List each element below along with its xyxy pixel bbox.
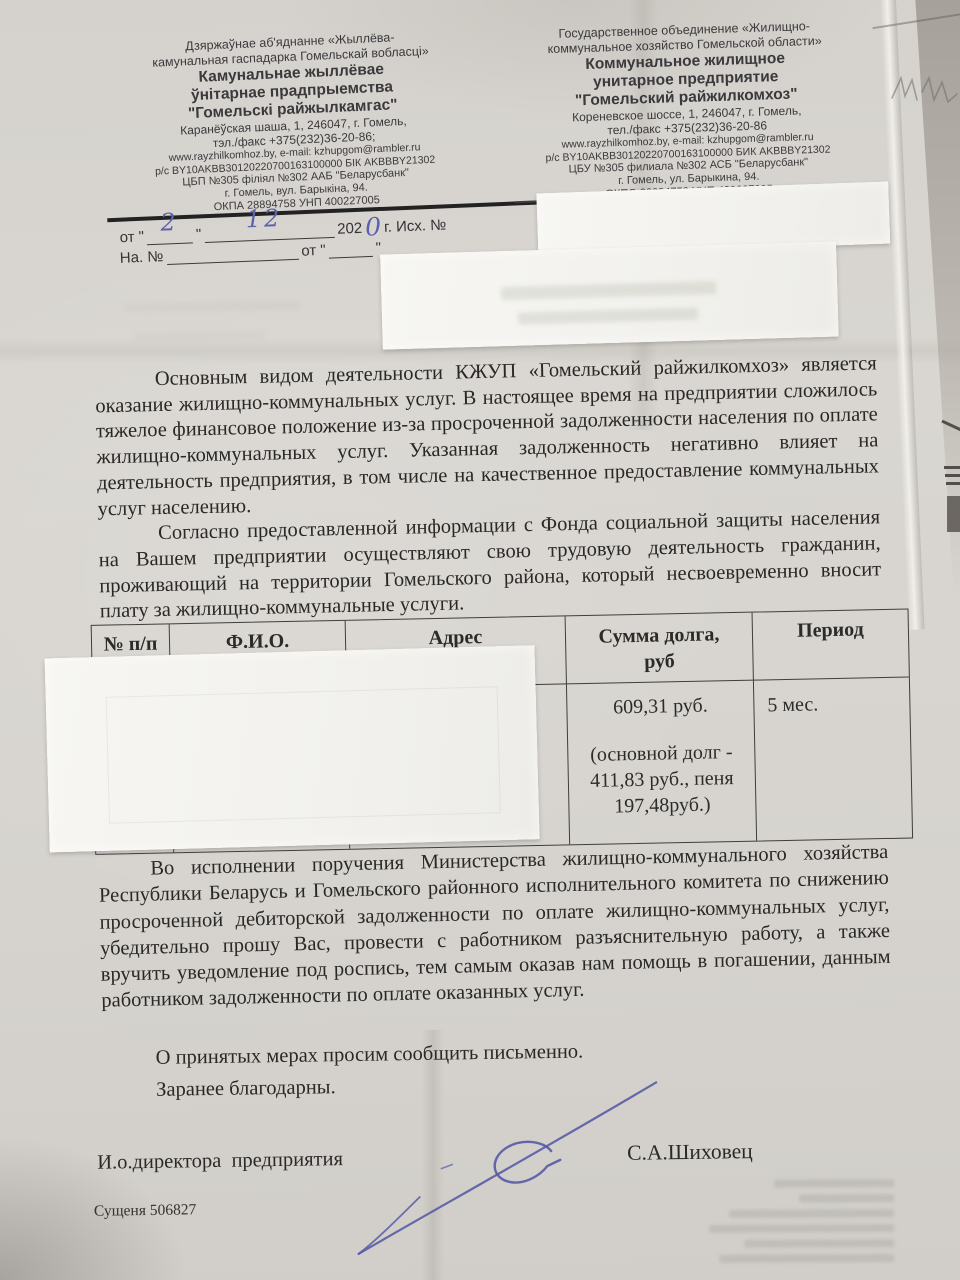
redaction-strip-middle bbox=[380, 242, 839, 350]
showthrough-mark bbox=[774, 1179, 894, 1188]
showthrough-mark bbox=[135, 331, 265, 341]
year-digit-handwritten: 0 bbox=[365, 214, 382, 240]
incoming-number-field bbox=[166, 244, 299, 265]
incoming-date-field bbox=[328, 241, 373, 259]
showthrough-mark bbox=[106, 686, 501, 824]
showthrough-mark bbox=[124, 301, 299, 313]
sum-detail: (основной долг - 411,83 руб., пеня 197,4… bbox=[575, 739, 749, 820]
document-photo: Дзяржаўнае аб'яднанне «Жыллёва- камуналь… bbox=[0, 0, 960, 1280]
date-month-handwritten: 12 bbox=[245, 206, 282, 231]
executor-line: Сущеня 506827 bbox=[94, 1201, 197, 1221]
paragraph: Во исполнении поручения Министерства жил… bbox=[98, 839, 891, 1015]
showthrough-mark bbox=[501, 281, 716, 300]
date-day-handwritten: 2 bbox=[160, 210, 176, 235]
column-header-period: Период bbox=[753, 610, 909, 681]
closing-line: Заранее благодарны. bbox=[156, 1076, 336, 1102]
showthrough-mark bbox=[719, 1254, 894, 1263]
letterhead-belarusian: Дзяржаўнае аб'яднанне «Жыллёва- камуналь… bbox=[102, 27, 484, 219]
date-day-field: 2 bbox=[147, 227, 194, 245]
column-header-sum: Сумма долга, руб bbox=[566, 613, 754, 685]
date-prefix: от " bbox=[301, 242, 326, 260]
letter-sheet: Дзяржаўнае аб'яднанне «Жыллёва- камуналь… bbox=[0, 0, 960, 1280]
paragraph: Согласно предоставленной информации с Фо… bbox=[98, 506, 882, 626]
signature-stroke bbox=[338, 1072, 671, 1277]
showthrough-mark bbox=[729, 1209, 894, 1218]
showthrough-mark bbox=[518, 308, 698, 325]
signer-position: И.о.директора предприятия bbox=[97, 1148, 343, 1175]
redaction-strip-table bbox=[45, 645, 540, 852]
sum-total: 609,31 руб. bbox=[567, 694, 753, 721]
incoming-number-label: На. № bbox=[120, 248, 164, 267]
showthrough-mark bbox=[709, 1224, 894, 1233]
outgoing-number-label: г. Исх. № bbox=[384, 216, 447, 235]
quote: " bbox=[196, 226, 202, 243]
column-header-sum-text: Сумма долга, руб bbox=[589, 621, 730, 676]
closing-line: О принятых мерах просим сообщить письмен… bbox=[156, 1041, 584, 1070]
paragraph: Основным видом деятельности КЖУП «Гомель… bbox=[95, 351, 880, 522]
reverse-side-showthrough bbox=[674, 1179, 894, 1276]
date-prefix: от " bbox=[119, 228, 144, 246]
cell-sum: 609,31 руб. (основной долг - 411,83 руб.… bbox=[567, 681, 757, 845]
date-month-field: 12 bbox=[204, 222, 335, 243]
cell-period: 5 мес. bbox=[754, 678, 912, 841]
letterhead-russian: Государственное объединение «Жилищно- ко… bbox=[489, 17, 884, 205]
showthrough-mark bbox=[799, 1194, 894, 1202]
showthrough-mark bbox=[744, 1239, 894, 1248]
year-printed: 202 bbox=[337, 220, 363, 238]
letter-body: Основным видом деятельности КЖУП «Гомель… bbox=[95, 351, 882, 625]
